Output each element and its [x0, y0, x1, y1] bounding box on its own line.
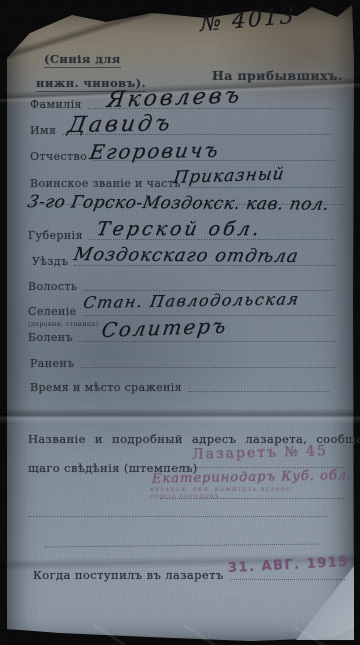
settlement-handwriting: Стан. Павлодольская — [82, 289, 301, 312]
field-label: Раненъ — [30, 357, 75, 370]
patronymic-handwriting: Егоровичъ — [88, 138, 222, 164]
field-label: Губернія — [28, 229, 83, 242]
settlement-sublabel: (деревня, станица) — [28, 320, 98, 328]
blank-rule — [28, 515, 328, 519]
field-label: Отчество — [30, 150, 87, 163]
unit-handwriting: 3-го Горско-Моздокск. кав. пол. — [26, 192, 331, 215]
dotted-rule — [28, 515, 328, 517]
dotted-rule — [230, 578, 345, 580]
field-row-wounded: Раненъ — [30, 357, 338, 370]
document-photo: № 4013 (Синія для нижн. чиновъ). На приб… — [0, 0, 360, 645]
hospital-stamp-line4: СОЮЗА ГОРОДОВЪ — [150, 494, 220, 500]
field-label: Селеніе — [28, 305, 77, 318]
field-label: Время и мѣсто сраженія — [30, 381, 182, 394]
dotted-rule — [178, 466, 344, 468]
field-row-battle: Время и мѣсто сраженія — [30, 381, 330, 394]
dotted-rule — [81, 366, 338, 368]
dotted-rule — [188, 390, 330, 392]
color-note-line1: (Синія для — [44, 52, 121, 68]
illness-handwriting: Солитеръ — [100, 313, 229, 342]
surname-handwriting: Яковлевъ — [105, 83, 244, 113]
field-label: Имя — [30, 124, 56, 137]
field-label: Боленъ — [28, 331, 73, 344]
field-label: Волость — [28, 280, 77, 293]
field-label: Воинское званіе и часть — [30, 177, 181, 190]
field-label: Когда поступилъ въ лазаретъ — [33, 568, 224, 582]
hospital-stamp-line3: КУБАНСК. ОБЛ. КОМИТЕТА ВСЕРОС. — [150, 487, 294, 493]
name-handwriting: Давидъ — [66, 111, 175, 138]
field-label: Уѣздъ — [32, 255, 68, 268]
form-header: На прибывшихъ. — [212, 68, 343, 83]
province-handwriting: Терской обл. — [95, 218, 264, 240]
field-label: Фамилія — [30, 98, 82, 111]
district-handwriting: Моздокскаго отдѣла — [72, 244, 301, 267]
rank-handwriting: Приказный — [172, 164, 286, 188]
